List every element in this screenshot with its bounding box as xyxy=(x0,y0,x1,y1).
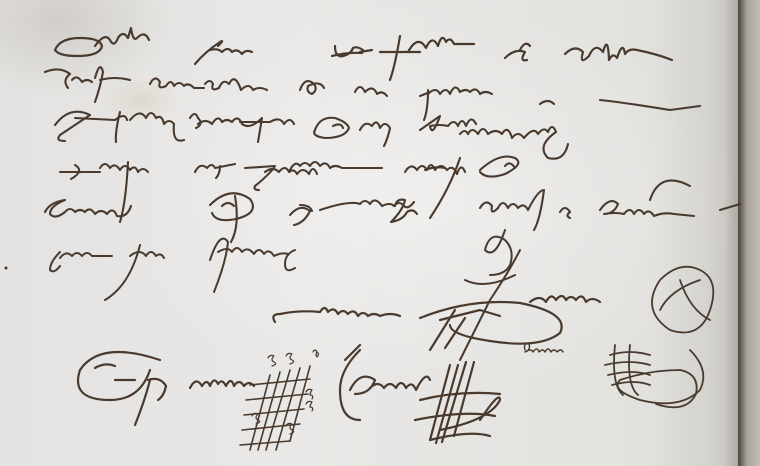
signature-philippe xyxy=(78,352,254,425)
philippe-paraph xyxy=(240,366,310,450)
signature-right-flourish xyxy=(605,267,713,408)
ink-dot xyxy=(5,267,8,270)
marginal-numbers xyxy=(252,350,319,434)
signature-girard xyxy=(340,345,500,443)
manuscript-page: Oblige Seurs fait et passe ès Gosse dix … xyxy=(0,0,760,466)
